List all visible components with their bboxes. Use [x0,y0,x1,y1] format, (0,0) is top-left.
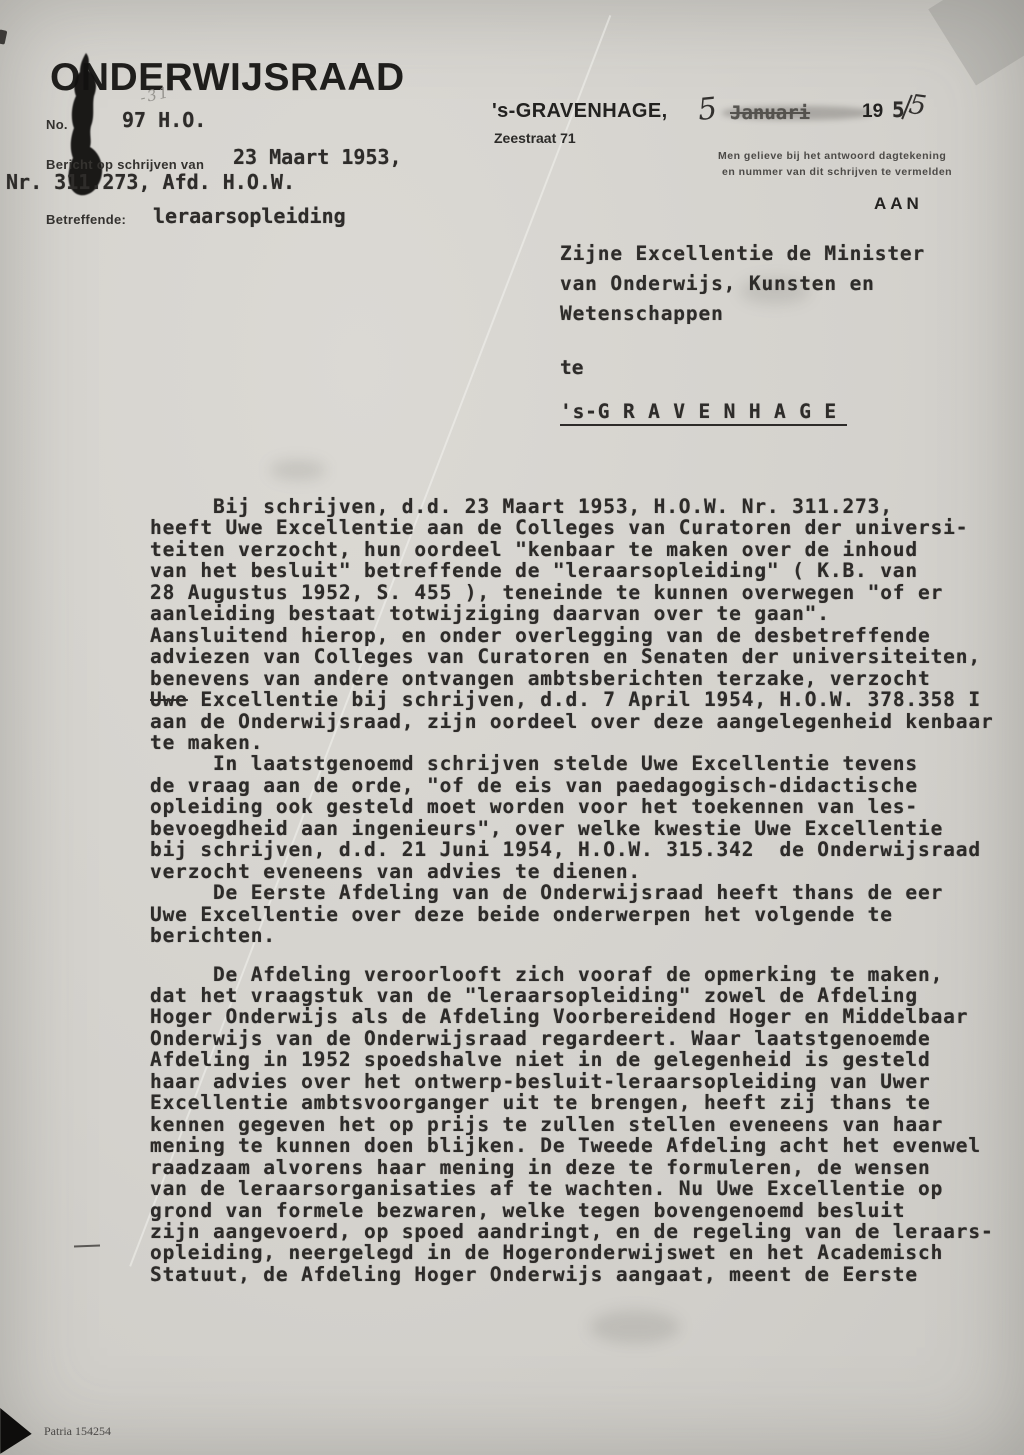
betreffende-label: Betreffende: [46,212,126,227]
body-line: berichten. [150,925,1016,946]
body-paragraph-2: De Afdeling veroorlooft zich vooraf de o… [150,964,1016,1286]
body-line: Uwe Excellentie over deze beide onderwer… [150,904,1016,925]
body-line: Excellentie ambtsvoorganger uit te breng… [150,1092,1016,1113]
body-paragraph-1: Bij schrijven, d.d. 23 Maart 1953, H.O.W… [150,496,1016,947]
struck-word: Uwe [150,688,188,711]
bericht-value: 23 Maart 1953, [233,145,402,169]
body-line: mening te kunnen doen blijken. De Tweede… [150,1135,1016,1156]
aan-label: AAN [874,194,923,214]
corner-tear [928,0,1024,86]
body-line: De Eerste Afdeling van de Onderwijsraad … [150,882,1016,903]
stain [270,460,326,480]
printer-imprint: Patria 154254 [44,1424,111,1439]
body-line: verzocht eveneens van advies te dienen. [150,861,1016,882]
body-line: te maken. [150,732,1016,753]
betreffende-value: leraarsopleiding [153,204,346,228]
body-line: benevens van andere ontvangen ambtsberic… [150,668,1016,689]
edge-mark [0,29,7,44]
nr-line: Nr. 311.273, Afd. H.O.W. [6,170,295,194]
body-line: haar advies over het ontwerp-besluit-ler… [150,1071,1016,1092]
typed-month: Januari [730,102,810,124]
body-line: Hoger Onderwijs als de Afdeling Voorbere… [150,1006,1016,1027]
notice-line-1: Men gelieve bij het antwoord dagtekening [718,148,946,164]
margin-dash [74,1245,100,1248]
body-line: raadzaam alvorens haar mening in deze te… [150,1157,1016,1178]
body-line: kennen gegeven het op prijs te zullen st… [150,1114,1016,1135]
addressee-city: 's-G R A V E N H A G E [560,400,847,426]
body-line: aanleiding bestaat totwijziging daarvan … [150,603,1016,624]
body-line: Uwe Excellentie bij schrijven, d.d. 7 Ap… [150,689,1016,710]
body-line: Aansluitend hierop, en onder overlegging… [150,625,1016,646]
notice-line-2: en nummer van dit schrijven te vermelden [722,164,952,180]
body-line: bevoegdheid aan ingenieurs", over welke … [150,818,1016,839]
body-line: Onderwijs van de Onderwijsraad regardeer… [150,1028,1016,1049]
letter-body: Bij schrijven, d.d. 23 Maart 1953, H.O.W… [150,496,1016,1285]
no-value: 97 H.O. [122,108,206,132]
body-line: van de leraarsorganisaties af te wachten… [150,1178,1016,1199]
body-line: Afdeling in 1952 spoedshalve niet in de … [150,1049,1016,1070]
city-header: 's-GRAVENHAGE, [492,100,668,123]
body-line: aan de Onderwijsraad, zijn oordeel over … [150,711,1016,732]
body-line: teiten verzocht, hun oordeel "kenbaar te… [150,539,1016,560]
year-prefix: 19 [862,101,883,123]
body-line: opleiding, neergelegd in de Hogeronderwi… [150,1242,1016,1263]
addressee-line-3: Wetenschappen [560,302,724,325]
body-line: opleiding ook gesteld moet worden voor h… [150,796,1016,817]
addressee-te: te [560,356,583,379]
body-line: 28 Augustus 1952, S. 455 ), teneinde te … [150,582,1016,603]
corner-wedge [0,1406,36,1454]
year-hand: 5 [907,89,928,122]
body-line: bij schrijven, d.d. 21 Juni 1954, H.O.W.… [150,839,1016,860]
handwritten-day: 5 [696,91,719,128]
body-line: Statuut, de Afdeling Hoger Onderwijs aan… [150,1264,1016,1285]
body-line: zijn aangevoerd, op spoed aandringt, en … [150,1221,1016,1242]
body-line: de vraag aan de orde, "of de eis van pae… [150,775,1016,796]
body-line: grond van formele bezwaren, welke tegen … [150,1200,1016,1221]
body-line: van het besluit" betreffende de "leraars… [150,560,1016,581]
body-line: De Afdeling veroorlooft zich vooraf de o… [150,964,1016,985]
addressee-line-1: Zijne Excellentie de Minister [560,242,925,265]
scanned-letter-page: ONDERWIJSRAAD No. 97 H.O. -31 Bericht op… [0,0,1024,1455]
body-line: Bij schrijven, d.d. 23 Maart 1953, H.O.W… [150,496,1016,517]
body-line: dat het vraagstuk van de "leraarsopleidi… [150,985,1016,1006]
body-line: adviezen van Colleges van Curatoren en S… [150,646,1016,667]
no-label: No. [46,117,68,132]
body-line: In laatstgenoemd schrijven stelde Uwe Ex… [150,753,1016,774]
body-line: heeft Uwe Excellentie aan de Colleges va… [150,517,1016,538]
addressee-line-2: van Onderwijs, Kunsten en [560,272,875,295]
stain [590,1310,680,1344]
street-line: Zeestraat 71 [494,130,576,146]
